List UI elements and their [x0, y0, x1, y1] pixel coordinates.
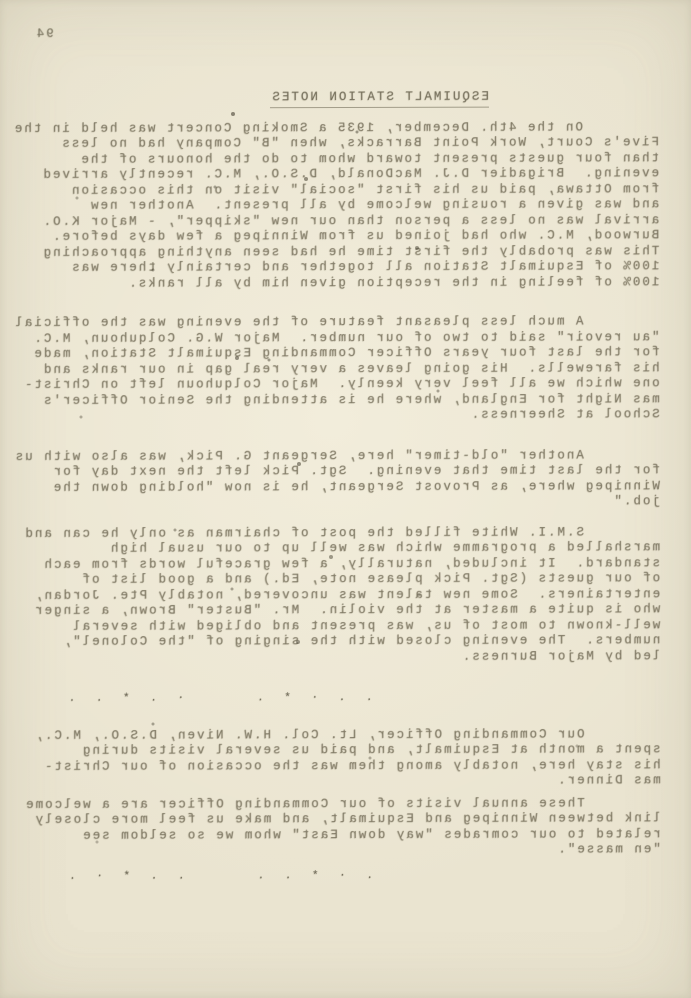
text-line: spent a month at Esquimalt, and paid us …	[46, 742, 661, 759]
paragraph: These annual visits of our Commanding Of…	[46, 796, 661, 860]
text-line: job."	[45, 494, 660, 511]
paragraph: Another "old-timer" here, Sergeant G. Pi…	[45, 448, 660, 512]
text-line: marshalled a programme which was well up…	[45, 540, 660, 557]
text-line: and was given a rousing welcome by all p…	[44, 197, 659, 214]
text-line: entertainers. Some new talent was uncove…	[45, 587, 660, 604]
text-line: S.M.I. White filled the post of chairman…	[45, 525, 660, 542]
text-line: of our guests (Sgt. Pick please note, Ed…	[45, 571, 660, 588]
page-number: 94	[35, 27, 54, 43]
text-line: than four guests present toward whom to …	[44, 151, 659, 168]
text-line: who is quite a master at the violin. Mr.…	[45, 602, 660, 619]
text-line: from Ottawa, paid us his first "social" …	[44, 182, 659, 199]
text-line: arrival was no less a person than our ne…	[44, 213, 659, 230]
text-line: link between Winnipeg and Esquimalt, and…	[46, 811, 661, 828]
text-line: On the 4th. December, 1935 a Smoking Con…	[44, 120, 659, 137]
text-line: well-known to most of us, was present an…	[45, 618, 660, 635]
text-line: These annual visits of our Commanding Of…	[46, 796, 661, 813]
text-line: for the last time that evening. Sgt. Pic…	[45, 463, 660, 480]
paragraph: Our Commanding Officer, Lt. Col. H.W. Ni…	[46, 727, 661, 791]
paragraph: S.M.I. White filled the post of chairman…	[45, 525, 660, 666]
text-line: 100% of Esquimalt Station all together a…	[44, 259, 659, 276]
dot-cluster: . . * · .	[62, 869, 184, 885]
text-line: School at Sheerness.	[45, 407, 660, 424]
dots-separator: . . · * .· . * . .	[46, 690, 661, 707]
text-line: one which we all feel very keenly. Major…	[45, 376, 660, 393]
text-line: mas Dinner.	[46, 773, 661, 790]
ink-specks-decoration	[0, 0, 2, 2]
text-line: This was probably the first time he had …	[44, 244, 659, 261]
dots-separator: . · * . .. . * · .	[46, 868, 661, 885]
text-line: his stay here, notably among them was th…	[46, 758, 661, 775]
paragraph: A much less pleasant feature of the even…	[45, 314, 660, 424]
page-title: ESQUIMALT STATION NOTES	[270, 90, 489, 108]
text-line: mas Night for England, where he is atten…	[45, 392, 660, 409]
text-line: numbers. The evening closed with the sin…	[45, 633, 660, 650]
text-line: Winnipeg where, as Provost Sergeant, he …	[45, 479, 660, 496]
text-line: Burwood, M.C. who had joined us from Win…	[44, 228, 659, 245]
dot-cluster: . · * . .	[251, 868, 373, 884]
text-line: for the last four years Officer Commandi…	[45, 345, 660, 362]
text-line: Another "old-timer" here, Sergeant G. Pi…	[45, 448, 660, 465]
text-line: related to our comrades "way down East" …	[46, 827, 661, 844]
paragraph: On the 4th. December, 1935 a Smoking Con…	[44, 120, 659, 292]
text-line: his farewells. His going leaves a very r…	[45, 361, 660, 378]
mirrored-typewritten-content: 94 ESQUIMALT STATION NOTES On the 4th. D…	[0, 0, 691, 998]
text-line: standard. It included, naturally, a few …	[45, 556, 660, 573]
text-line: Our Commanding Officer, Lt. Col. H.W. Ni…	[46, 727, 661, 744]
text-line: Five's Court, Work Point Barracks, when …	[44, 135, 659, 152]
paragraphs: On the 4th. December, 1935 a Smoking Con…	[44, 120, 661, 885]
text-line: "au revoir" said to two of our number. M…	[45, 330, 660, 347]
text-line: 100% of feeling in the reception given h…	[44, 275, 659, 292]
text-line: A much less pleasant feature of the even…	[45, 314, 660, 331]
text-line: evening. Brigadier D.J. MacDonald, D.S.O…	[44, 166, 659, 183]
dot-cluster: . . · * .	[250, 691, 372, 707]
text-line: "en masse".	[46, 842, 661, 859]
dot-cluster: · . * . .	[62, 691, 184, 707]
text-line: led by Major Burness.	[45, 649, 660, 666]
